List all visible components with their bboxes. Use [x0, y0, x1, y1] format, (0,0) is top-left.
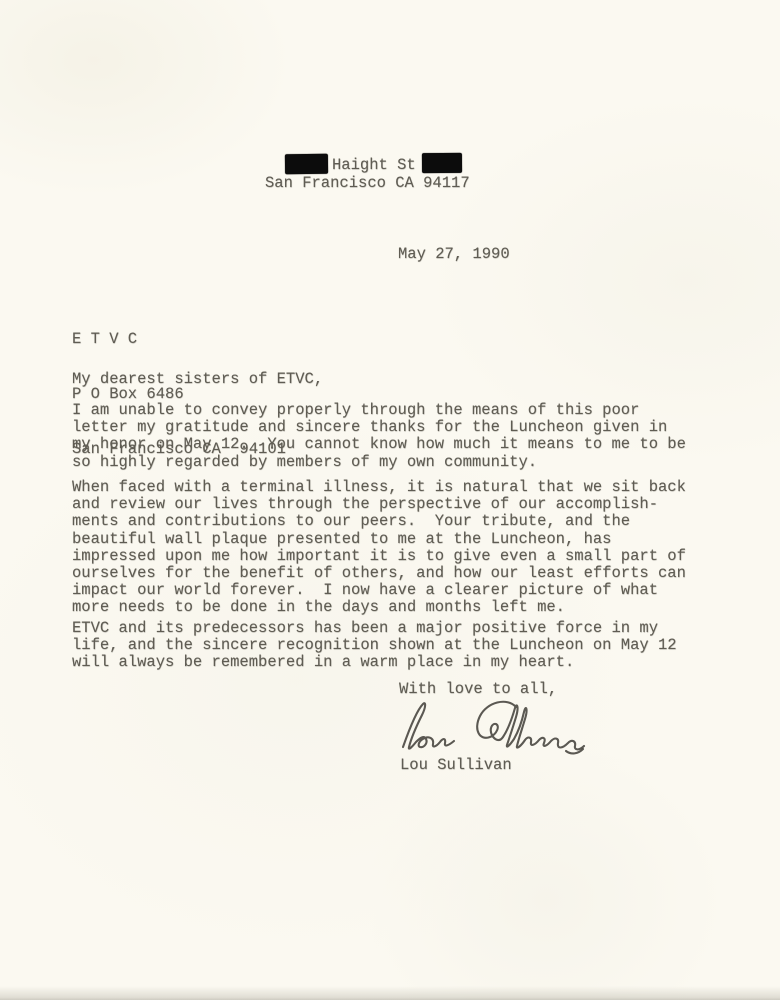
letter-page: Haight St San Francisco CA 94117 May 27,…	[0, 0, 780, 1000]
signature-stroke-lou	[403, 703, 454, 748]
recipient-name: E T V C	[72, 330, 286, 348]
salutation: My dearest sisters of ETVC,	[72, 371, 323, 388]
paragraph-1: I am unable to convey properly through t…	[72, 402, 686, 471]
paragraph-2: When faced with a terminal illness, it i…	[72, 479, 686, 617]
signature-stroke-sullivan	[477, 702, 584, 750]
date-line: May 27, 1990	[398, 246, 510, 263]
handwritten-signature	[390, 694, 594, 760]
redaction-bar-house-number	[285, 154, 328, 174]
paragraph-3: ETVC and its predecessors has been a maj…	[72, 620, 677, 672]
sender-street: Haight St	[332, 157, 416, 174]
typed-name: Lou Sullivan	[400, 757, 512, 774]
sender-city-line: San Francisco CA 94117	[265, 175, 470, 192]
redaction-bar-unit-number	[422, 153, 462, 173]
